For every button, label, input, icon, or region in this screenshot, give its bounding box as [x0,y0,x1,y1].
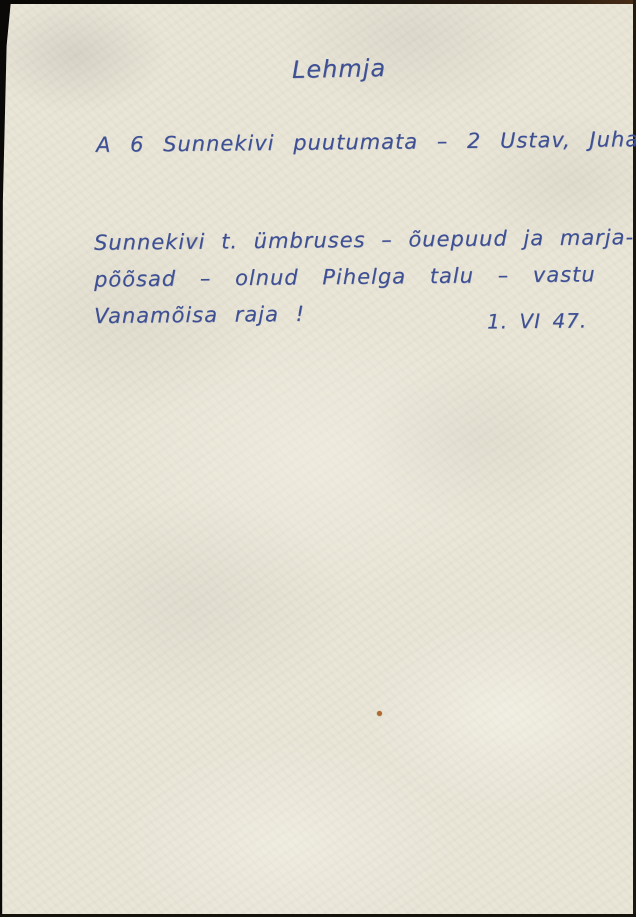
paper-speck [377,711,382,716]
scanned-note-page: Lehmja A 6 Sunnekivi puutumata – 2 Ustav… [0,0,636,917]
scan-edge-left [0,0,11,917]
note-body-line-3: Vanamõisa raja ! [94,302,305,328]
note-body-line-1: Sunnekivi t. ümbruses – õuepuud ja marja… [94,225,634,255]
scan-edge-top [0,0,636,4]
note-title: Lehmja [292,54,387,84]
note-entry-line: A 6 Sunnekivi puutumata – 2 Ustav, Juhan [96,127,636,157]
note-date: 1. VI 47. [487,308,587,333]
note-body-line-2: põõsad – olnud Pihelga talu – vastu [94,262,596,291]
